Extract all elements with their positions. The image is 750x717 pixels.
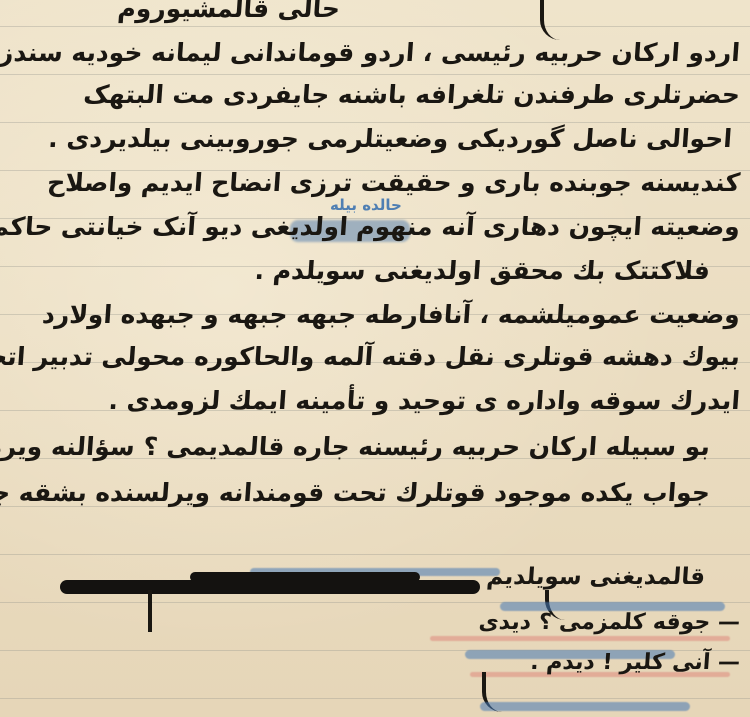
ruled-line — [0, 698, 750, 699]
handwritten-line-3: حضرتلری طرفندن تلغرافه باشنه جایفردی مت … — [0, 80, 741, 109]
handwritten-line-1: حالی قالمشیوروم — [0, 0, 341, 23]
handwritten-line-8: وضعیت عمومیلشمه ، آنافارطه جبهه جبهه و ج… — [0, 300, 741, 329]
handwritten-line-4: احوالی ناصل گوردیکی وضعیتلرمی جوروبینی ب… — [0, 124, 733, 153]
handwritten-line-14: — جوقه کلمزمی ؟ دیدی — [0, 610, 741, 635]
handwritten-line-2: اردو ارکان حربیه رئیسی ، اردو قوماندانی … — [0, 38, 741, 67]
handwritten-line-5: کندیسنه جوبنده باری و حقیقت ترزی انضاح ا… — [0, 168, 741, 197]
handwritten-line-10: ایدرك سوقه واداره ی توحید و تأمینه ایمك … — [0, 386, 741, 415]
ruled-line — [0, 26, 750, 27]
handwritten-line-12: جواب یکده موجود قوتلرك تحت قومندانه ویرل… — [0, 478, 711, 507]
handwritten-line-7: فلاکتتک بك محقق اولدیغنی سویلدم . — [0, 256, 711, 285]
ruled-line — [0, 74, 750, 75]
red-pencil-underline — [430, 636, 730, 641]
blue-pencil-underline — [480, 702, 690, 711]
handwritten-line-15: — آنی کلیر ! دیدم . — [0, 650, 741, 675]
pen-stroke — [540, 0, 574, 40]
handwritten-line-11: بو سبیله ارکان حربیه رئیسنه جاره قالمدیم… — [0, 432, 711, 461]
handwritten-line-6: وضعیته ایچون دهاری آنه منهوم اولدیغی دیو… — [0, 212, 741, 241]
handwritten-line-9: بیوك دهشه قوتلری نقل دقته آلمه والحاکوره… — [0, 342, 741, 371]
ruled-line — [0, 122, 750, 123]
ruled-line — [0, 554, 750, 555]
handwritten-line-13: قالمدیغنی سویلدیم — [0, 564, 706, 590]
